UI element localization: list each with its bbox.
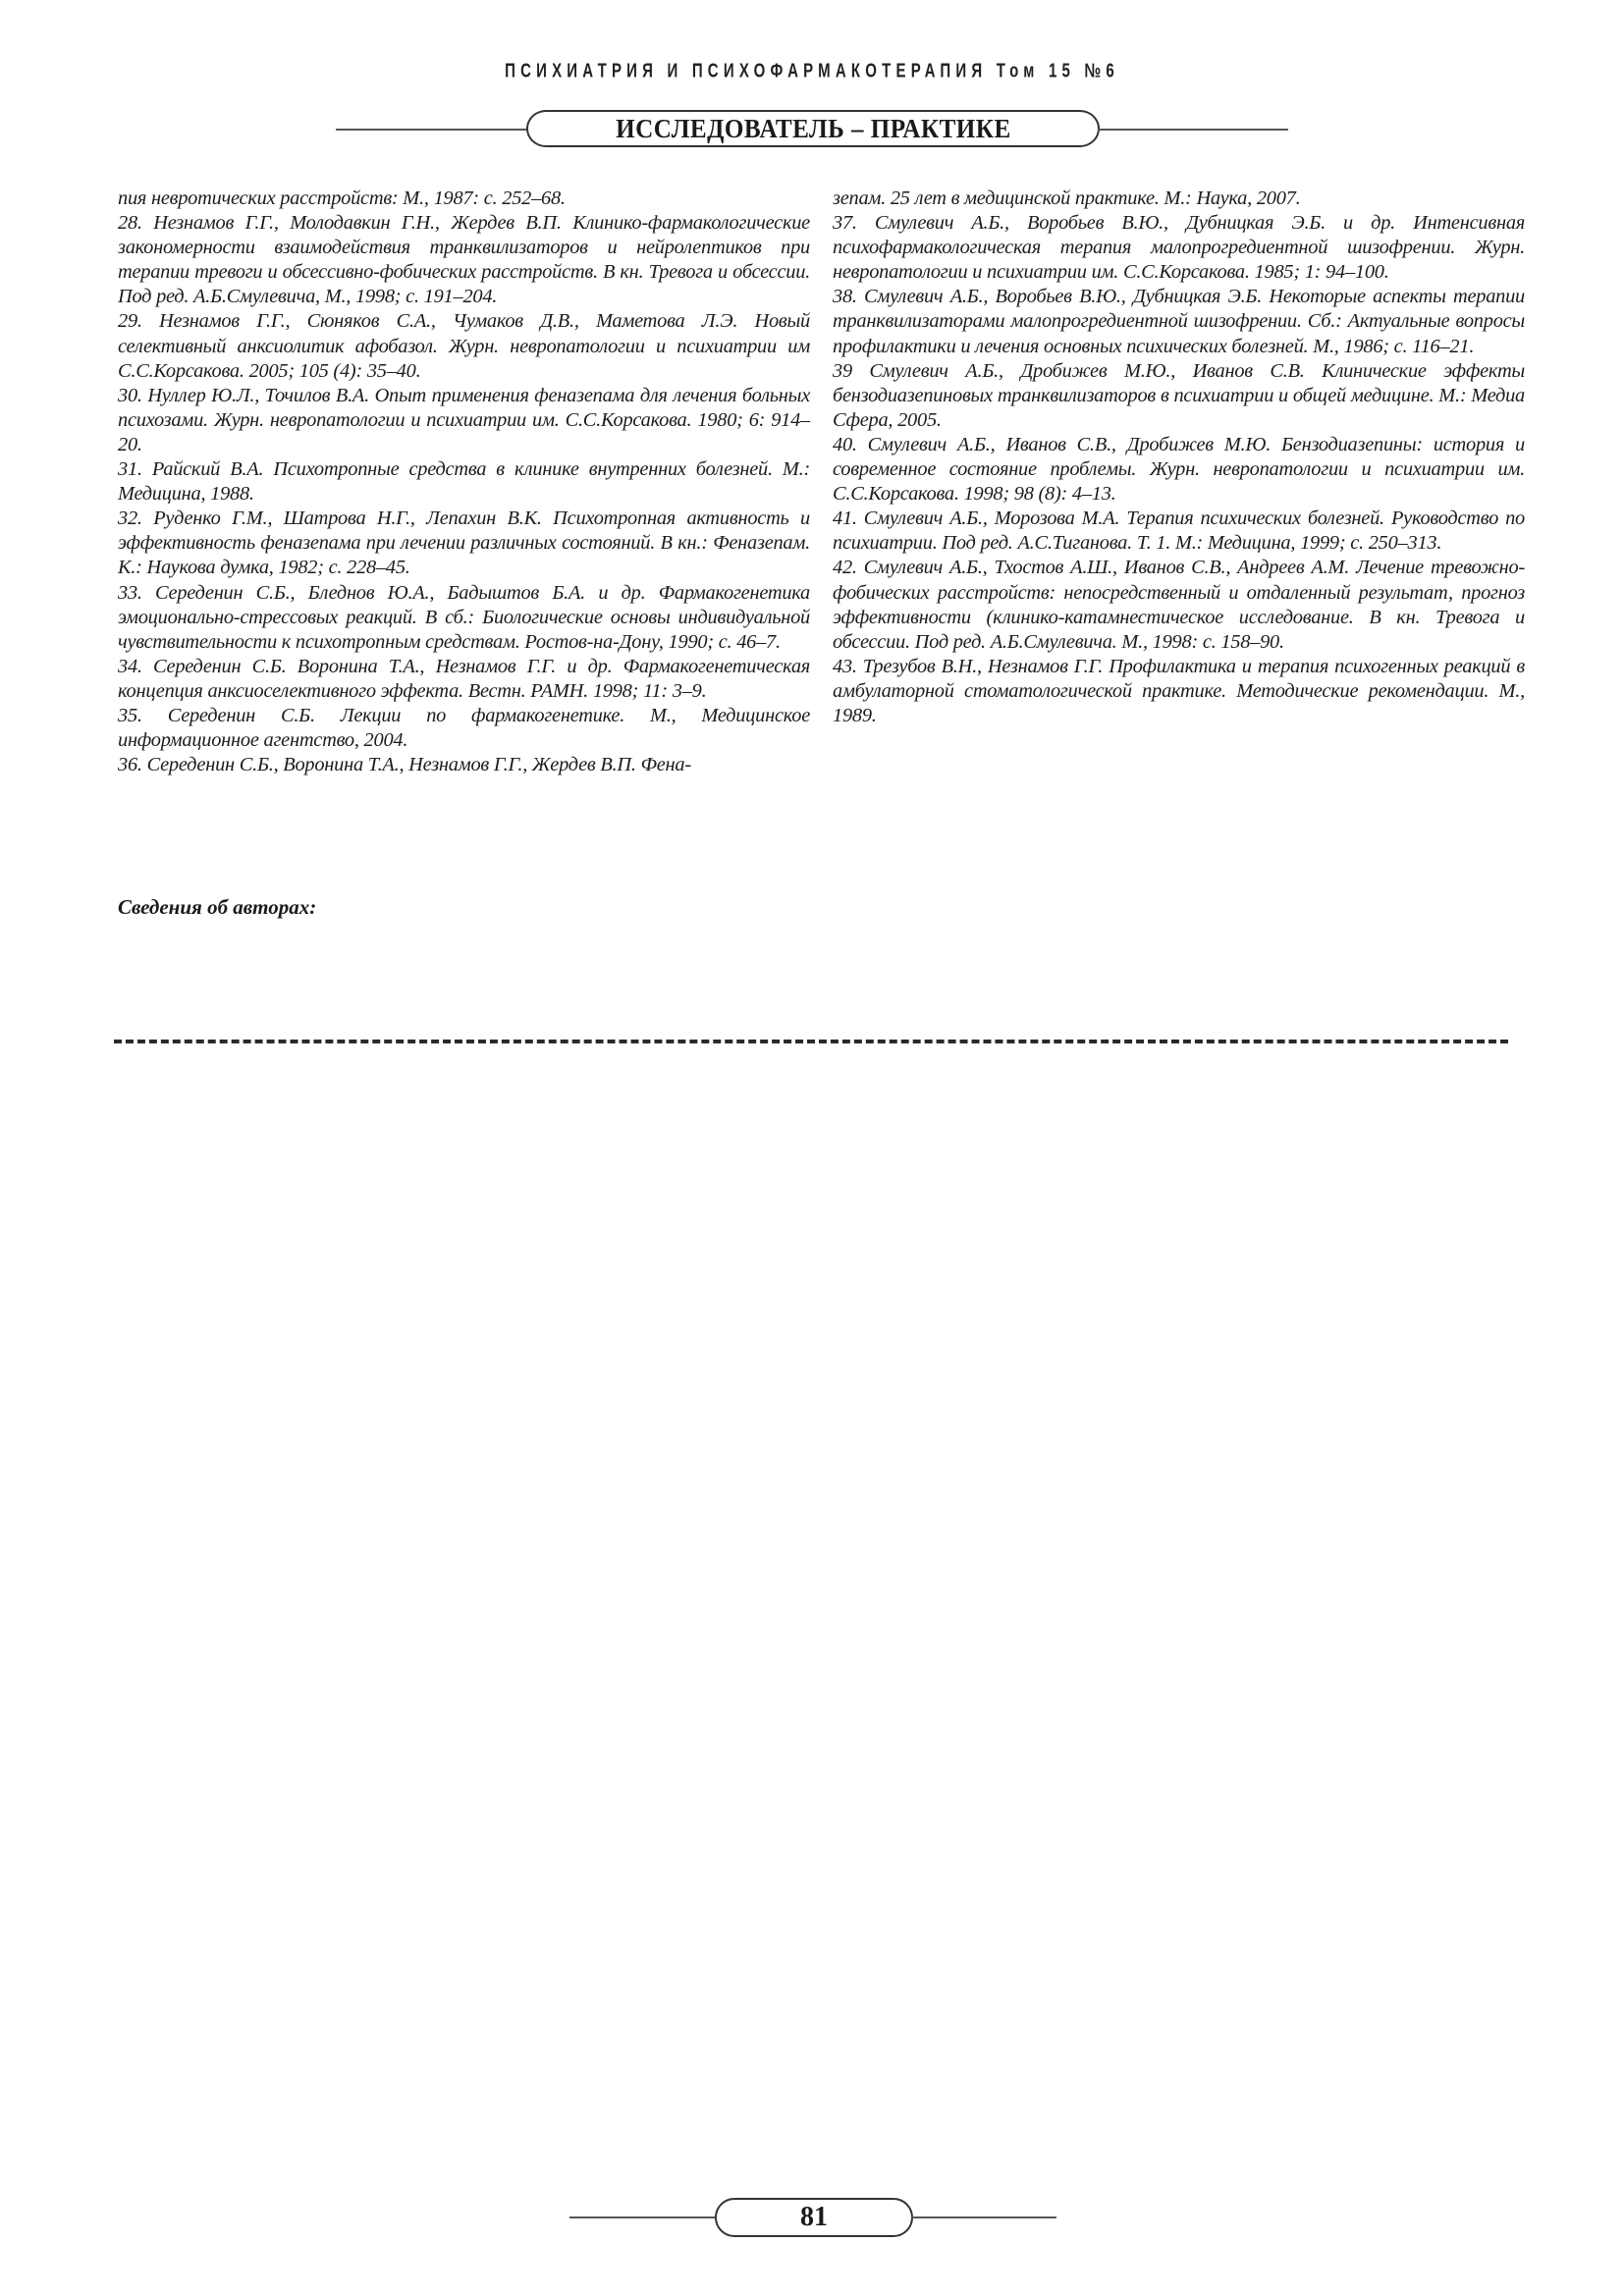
reference-item: 38. Смулевич А.Б., Воробьев В.Ю., Дубниц… — [833, 285, 1525, 358]
reference-item: 41. Смулевич А.Б., Морозова М.А. Терапия… — [833, 507, 1525, 556]
footer-rule-right — [911, 2216, 1056, 2218]
page-number: 81 — [800, 2202, 828, 2233]
footer-rule-left — [569, 2216, 717, 2218]
section-title: ИССЛЕДОВАТЕЛЬ – ПРАКТИКЕ — [616, 114, 1011, 144]
journal-running-title: ПСИХИАТРИЯ И ПСИХОФАРМАКОТЕРАПИЯ Том 15 … — [0, 60, 1624, 82]
reference-item: зепам. 25 лет в медицинской практике. М.… — [833, 187, 1525, 211]
reference-item: 29. Незнамов Г.Г., Сюняков С.А., Чумаков… — [118, 309, 810, 383]
reference-item: 35. Середенин С.Б. Лекции по фармакогене… — [118, 704, 810, 753]
reference-item: 33. Середенин С.Б., Бледнов Ю.А., Бадышт… — [118, 581, 810, 655]
reference-item: 32. Руденко Г.М., Шатрова Н.Г., Лепахин … — [118, 507, 810, 580]
reference-item: 43. Трезубов В.Н., Незнамов Г.Г. Профила… — [833, 655, 1525, 728]
section-title-frame: ИССЛЕДОВАТЕЛЬ – ПРАКТИКЕ — [526, 110, 1100, 147]
page-number-frame: 81 — [715, 2198, 913, 2237]
section-header: ИССЛЕДОВАТЕЛЬ – ПРАКТИКЕ — [336, 110, 1288, 149]
dashed-divider — [114, 1040, 1508, 1043]
header-rule-right — [1098, 129, 1288, 131]
reference-item: 37. Смулевич А.Б., Воробьев В.Ю., Дубниц… — [833, 211, 1525, 285]
reference-item: 39 Смулевич А.Б., Дробижев М.Ю., Иванов … — [833, 359, 1525, 433]
reference-item: 42. Смулевич А.Б., Тхостов А.Ш., Иванов … — [833, 556, 1525, 654]
authors-info-heading: Сведения об авторах: — [118, 895, 316, 920]
reference-item: 30. Нуллер Ю.Л., Точилов В.А. Опыт приме… — [118, 384, 810, 457]
reference-item: 34. Середенин С.Б. Воронина Т.А., Незнам… — [118, 655, 810, 704]
reference-item: 31. Райский В.А. Психотропные средства в… — [118, 457, 810, 507]
references-left-column: пия невротических расстройств: М., 1987:… — [118, 187, 810, 777]
reference-item: 40. Смулевич А.Б., Иванов С.В., Дробижев… — [833, 433, 1525, 507]
reference-item: 28. Незнамов Г.Г., Молодавкин Г.Н., Жерд… — [118, 211, 810, 309]
header-rule-left — [336, 129, 528, 131]
references-right-column: зепам. 25 лет в медицинской практике. М.… — [833, 187, 1525, 728]
reference-item: пия невротических расстройств: М., 1987:… — [118, 187, 810, 211]
reference-item: 36. Середенин С.Б., Воронина Т.А., Незна… — [118, 753, 810, 777]
page-footer: 81 — [569, 2198, 1056, 2237]
